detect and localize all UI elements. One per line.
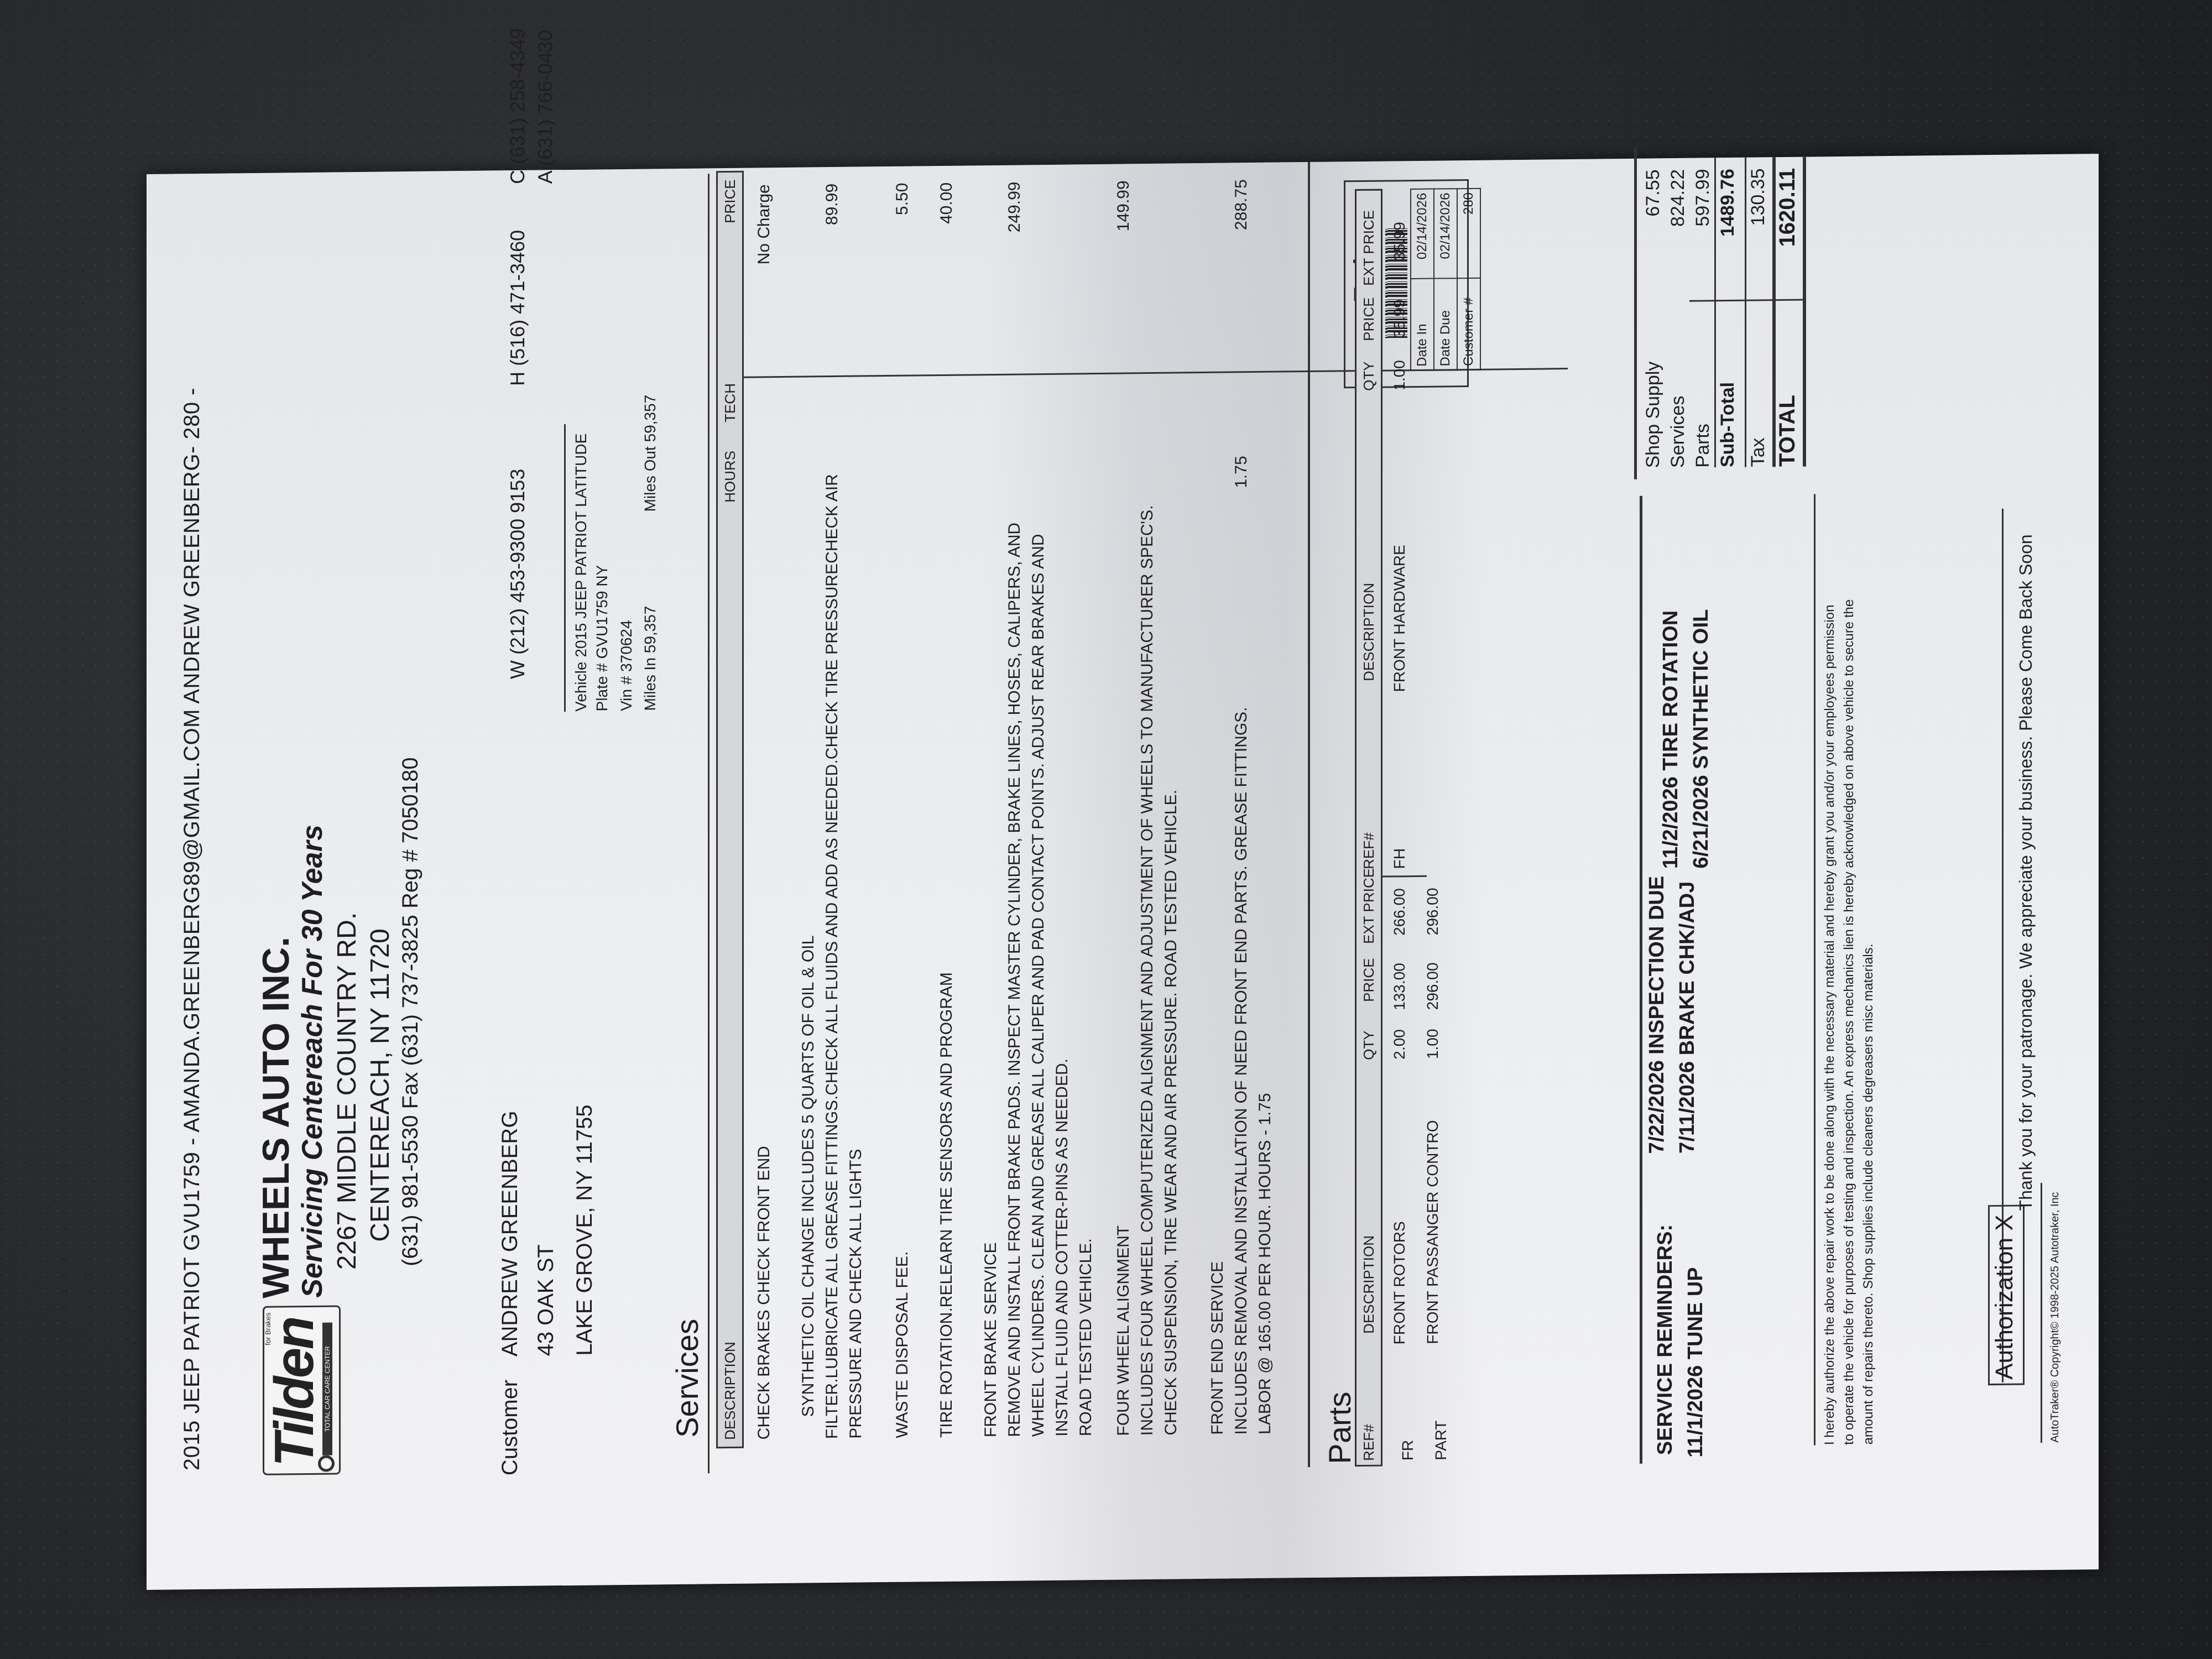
part-ext-price: 296.00 xyxy=(1424,888,1442,957)
reminder-item: 11/1/2026 TUNE UP xyxy=(1684,1267,1708,1458)
phone-cell: C (631) 258-4349 xyxy=(506,28,529,185)
customer-name: ANDREW GREENBERG xyxy=(498,1110,523,1357)
part-ref: FR xyxy=(1399,1440,1417,1461)
estimate-row: Date In02/14/2026 xyxy=(1411,189,1434,371)
date-due-value: 02/14/2026 xyxy=(1434,189,1457,278)
service-hours: 1.75 xyxy=(1229,456,1253,522)
footer-rule xyxy=(2041,1183,2042,1443)
part-price: 35.99 xyxy=(1391,299,1408,360)
legal-line: to operate the vehicle for purposes of t… xyxy=(1839,599,1860,1445)
total-value: 1620.11 xyxy=(1775,168,1800,290)
part-ext-price: 266.00 xyxy=(1391,888,1408,957)
reminder-item: 7/11/2026 BRAKE CHK/ADJ xyxy=(1676,881,1699,1154)
services-col-price: PRICE xyxy=(722,179,739,223)
thank-you-text: Thank you for your patronage. We appreci… xyxy=(2016,534,2036,1211)
document-header-line: 2015 JEEP PATRIOT GVU1759 - AMANDA.GREEN… xyxy=(180,388,205,1471)
legal-rule xyxy=(1814,494,1815,1445)
totals-top-rule xyxy=(1634,148,1637,479)
parts-col-price-right: PRICE xyxy=(1360,297,1378,341)
service-line: REMOVE AND INSTALL FRONT BRAKE PADS. INS… xyxy=(1003,523,1026,1437)
services-top-rule xyxy=(708,174,709,1473)
total-value: 824.22 xyxy=(1667,169,1689,291)
phone-work: W (212) 453-9300 9153 xyxy=(506,469,529,680)
service-line: PRESSURE AND CHECK ALL LIGHTS xyxy=(844,1149,868,1439)
totals-rule xyxy=(1714,158,1716,467)
service-line: CHECK BRAKES CHECK FRONT END xyxy=(752,1146,776,1440)
service-line: FRONT BRAKE SERVICE xyxy=(979,1242,1003,1437)
reminder-item: 7/22/2026 INSPECTION DUE xyxy=(1645,876,1669,1154)
service-price: 5.50 xyxy=(890,182,914,293)
customer-number-label: Customer # xyxy=(1457,278,1480,370)
vehicle-plate: Plate # GVU1759 NY xyxy=(593,565,611,712)
part-qty: 1.00 xyxy=(1424,1029,1442,1078)
part-qty: 2.00 xyxy=(1391,1029,1408,1079)
totals-rule xyxy=(1803,157,1806,467)
vehicle-miles-out: Miles Out 59,357 xyxy=(641,395,659,512)
service-price: No Charge xyxy=(752,184,776,295)
total-value: 67.55 xyxy=(1642,169,1664,291)
legal-line: amount of repairs thereto. Shop supplies… xyxy=(1858,943,1879,1444)
service-line: INSTALL FLUID AND COTTER-PINS AS NEEDED. xyxy=(1050,1058,1074,1437)
service-line: ROAD TESTED VEHICLE. xyxy=(1074,1238,1098,1436)
service-price: 40.00 xyxy=(935,182,958,293)
vehicle-miles-in: Miles In 59,357 xyxy=(641,606,659,711)
shop-address-line2: CENTEREACH, NY 11720 xyxy=(365,928,395,1242)
part-description: FRONT PASSANGER CONTRO xyxy=(1424,1120,1442,1344)
logo-brand: Tilden xyxy=(263,1318,326,1467)
date-in-label: Date In xyxy=(1411,278,1434,371)
part-description: FRONT HARDWARE xyxy=(1391,545,1408,692)
total-label: Sub-Total xyxy=(1717,382,1739,468)
legal-line: I hereby authorize the above repair work… xyxy=(1819,604,1840,1445)
reminder-item: 11/2/2026 TIRE ROTATION xyxy=(1659,610,1683,869)
date-in-value: 02/14/2026 xyxy=(1411,189,1434,279)
logo-tag: for Brakes xyxy=(264,1312,272,1345)
parts-col-ext-price: EXT PRICE xyxy=(1360,868,1378,944)
parts-top-rule xyxy=(1308,162,1310,1467)
estimate-row: Customer #280 xyxy=(1457,189,1480,370)
parts-col-qty: QTY xyxy=(1360,1030,1378,1060)
service-price: 249.99 xyxy=(1003,181,1026,292)
totals-column-divider xyxy=(1689,299,1806,302)
vehicle-divider xyxy=(564,424,566,712)
total-label: Tax xyxy=(1747,437,1769,467)
customer-number-value: 280 xyxy=(1457,189,1480,278)
service-line: INCLUDES REMOVAL AND INSTALLATION OF NEE… xyxy=(1229,707,1253,1434)
logo-subtitle: TOTAL CAR CARE CENTER xyxy=(322,1322,332,1455)
part-qty: 1.00 xyxy=(1391,360,1408,410)
total-value: 597.99 xyxy=(1692,169,1714,290)
shop-address-line1: 2267 MIDDLE COUNTRY RD. xyxy=(332,912,362,1270)
shop-name: WHEELS AUTO INC. xyxy=(254,937,298,1298)
estimate-row: Date Due02/14/2026 xyxy=(1434,189,1457,370)
wheel-icon xyxy=(318,1455,335,1472)
parts-title: Parts xyxy=(1322,1391,1358,1464)
parts-column-divider xyxy=(1383,875,1427,878)
service-line: TIRE ROTATION.RELEARN TIRE SENSORS AND P… xyxy=(935,972,958,1438)
phone-home: H (516) 471-3460 xyxy=(506,230,529,387)
service-line: CHECK SUSPENSION, TIRE WEAR AND AIR PRES… xyxy=(1159,790,1183,1436)
parts-col-qty-right: QTY xyxy=(1360,361,1378,391)
estimate-document: 2015 JEEP PATRIOT GVU1759 - AMANDA.GREEN… xyxy=(147,154,2099,1590)
reminders-title: SERVICE REMINDERS: xyxy=(1653,1224,1677,1455)
services-col-hours: HOURS xyxy=(722,451,739,503)
total-label: Shop Supply xyxy=(1642,361,1664,468)
service-line: FRONT END SERVICE xyxy=(1206,1261,1229,1435)
estimate-info-table: Date In02/14/2026 Date Due02/14/2026 Cus… xyxy=(1410,188,1481,371)
services-col-tech: TECH xyxy=(722,383,739,422)
vehicle-vin: Vin # 370624 xyxy=(618,620,635,711)
service-line: FOUR WHEEL ALIGNMENT xyxy=(1112,1225,1135,1436)
service-price: 149.99 xyxy=(1112,180,1135,291)
copyright-text: AutoTraker® Copyright© 1998-2025 Autotra… xyxy=(2049,1192,2062,1443)
parts-col-price: PRICE xyxy=(1360,958,1378,1002)
reminder-item: 6/21/2026 SYNTHETIC OIL xyxy=(1689,609,1713,868)
service-line: INCLUDES FOUR WHEEL COMPUTERIZED ALIGNME… xyxy=(1135,505,1159,1436)
phone-alt: A (631) 766-0430 xyxy=(534,30,557,184)
services-col-description: DESCRIPTION xyxy=(722,1342,739,1440)
authorization-label: Authorization X xyxy=(1991,1214,2018,1380)
part-description: FRONT ROTORS xyxy=(1391,1221,1408,1344)
part-price: 296.00 xyxy=(1424,962,1442,1023)
customer-street: 43 OAK ST xyxy=(534,1244,559,1357)
customer-label: Customer xyxy=(498,1379,523,1475)
part-price: 133.00 xyxy=(1391,963,1408,1024)
part-ref: PART xyxy=(1432,1420,1450,1460)
part-ext-price: 35.99 xyxy=(1391,222,1408,294)
service-price: 89.99 xyxy=(820,184,844,294)
service-line: SYNTHETIC OIL CHANGE INCLUDES 5 QUARTS O… xyxy=(796,936,820,1417)
totals-rule xyxy=(1772,157,1776,467)
services-title: Services xyxy=(669,1319,705,1438)
reminders-top-rule xyxy=(1640,496,1642,1464)
shop-tagline: Servicing Centereach For 30 Years xyxy=(296,825,329,1298)
vehicle-model: Vehicle 2015 JEEP PATRIOT LATITUDE xyxy=(572,433,590,712)
parts-col-ref-right: REF# xyxy=(1360,832,1378,869)
parts-col-ref: REF# xyxy=(1360,1424,1378,1461)
total-value: 1489.76 xyxy=(1717,169,1739,290)
shop-phones: (631) 981-5530 Fax (631) 737-3825 Reg # … xyxy=(398,757,423,1266)
service-line: FILTER.LUBRICATE ALL GREASE FITTINGS.CHE… xyxy=(820,474,844,1439)
customer-city: LAKE GROVE, NY 11755 xyxy=(572,1104,597,1356)
part-ref: FH xyxy=(1391,848,1408,869)
service-line: LABOR @ 165.00 PER HOUR. HOURS - 1.75 xyxy=(1253,1093,1277,1434)
service-line: WHEEL CYLINDERS. CLEAN AND GREASE ALL CA… xyxy=(1026,534,1050,1437)
parts-col-description-right: DESCRIPTION xyxy=(1360,583,1378,681)
total-value: 130.35 xyxy=(1747,168,1769,290)
total-label: Services xyxy=(1667,395,1689,468)
service-line: WASTE DISPOSAL FEE. xyxy=(890,1251,914,1438)
total-label: Parts xyxy=(1692,424,1714,468)
services-column-header xyxy=(716,171,744,1449)
parts-col-ext-price-right: EXT PRICE xyxy=(1360,210,1378,286)
total-label: TOTAL xyxy=(1775,395,1800,467)
totals-rule xyxy=(1745,158,1746,467)
service-price: 288.75 xyxy=(1229,179,1253,290)
parts-col-description: DESCRIPTION xyxy=(1360,1235,1378,1334)
date-due-label: Date Due xyxy=(1434,278,1457,371)
